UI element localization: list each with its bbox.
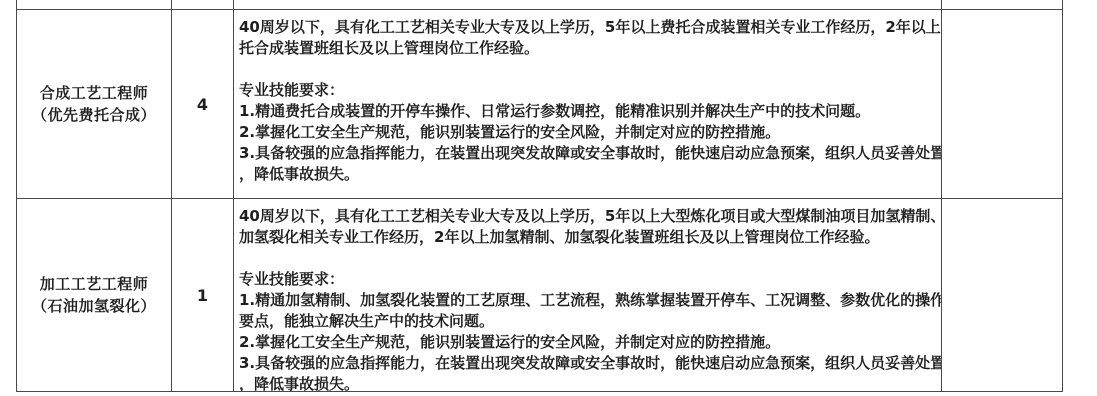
clipped-row-title-cell xyxy=(17,0,172,10)
position-title-line: 合成工艺工程师 xyxy=(40,82,149,104)
job-requirements-cell: 40周岁以下，具有化工工艺相关专业大专及以上学历，5年以上大型炼化项目或大型煤制… xyxy=(234,199,942,392)
position-title-cell: 合成工艺工程师（优先费托合成） xyxy=(17,10,172,199)
position-title-cell: 加工工艺工程师（石油加氢裂化） xyxy=(17,199,172,392)
position-title-line: （优先费托合成） xyxy=(32,104,156,126)
headcount-value: 1 xyxy=(197,286,208,305)
position-title-line: （石油加氢裂化） xyxy=(32,295,156,317)
clipped-row-extra-cell xyxy=(942,0,1063,10)
description-line: 加氢裂化相关专业工作经历，2年以上加氢精制、加氢裂化装置班组长及以上管理岗位工作… xyxy=(239,227,937,248)
description-line: 1.精通加氢精制、加氢裂化装置的工艺原理、工艺流程，熟练掌握装置开停车、工况调整… xyxy=(239,290,937,311)
headcount-value: 4 xyxy=(197,95,208,114)
clipped-row-count-cell xyxy=(172,0,234,10)
description-line: 40周岁以下，具有化工工艺相关专业大专及以上学历，5年以上大型炼化项目或大型煤制… xyxy=(239,206,937,227)
description-line: 2.掌握化工安全生产规范，能识别装置运行的安全风险，并制定对应的防控措施。 xyxy=(239,332,937,353)
description-line: ，降低事故损失。 xyxy=(239,164,937,185)
description-line: 3.具备较强的应急指挥能力，在装置出现突发故障或安全事故时，能快速启动应急预案，… xyxy=(239,143,937,164)
empty-cell xyxy=(942,10,1063,199)
headcount-cell: 1 xyxy=(172,199,234,392)
headcount-cell: 4 xyxy=(172,10,234,199)
description-line: 40周岁以下，具有化工工艺相关专业大专及以上学历，5年以上费托合成装置相关专业工… xyxy=(239,17,937,38)
job-positions-table: 合成工艺工程师（优先费托合成） 4 40周岁以下，具有化工工艺相关专业大专及以上… xyxy=(16,0,1062,392)
description-line xyxy=(239,59,937,80)
description-line xyxy=(239,248,937,269)
empty-cell xyxy=(942,199,1063,392)
description-line: 要点，能独立解决生产中的技术问题。 xyxy=(239,311,937,332)
description-line: 托合成装置班组长及以上管理岗位工作经验。 xyxy=(239,38,937,59)
clipped-row-desc-cell xyxy=(234,0,942,10)
description-line: 专业技能要求： xyxy=(239,269,937,290)
job-requirements-cell: 40周岁以下，具有化工工艺相关专业大专及以上学历，5年以上费托合成装置相关专业工… xyxy=(234,10,942,199)
description-line: 专业技能要求： xyxy=(239,80,937,101)
description-line: ，降低事故损失。 xyxy=(239,374,937,392)
recruitment-table-page: 合成工艺工程师（优先费托合成） 4 40周岁以下，具有化工工艺相关专业大专及以上… xyxy=(0,0,1097,396)
description-line: 3.具备较强的应急指挥能力，在装置出现突发故障或安全事故时，能快速启动应急预案，… xyxy=(239,353,937,374)
description-line: 1.精通费托合成装置的开停车操作、日常运行参数调控，能精准识别并解决生产中的技术… xyxy=(239,101,937,122)
position-title-line: 加工工艺工程师 xyxy=(40,273,149,295)
description-line: 2.掌握化工安全生产规范，能识别装置运行的安全风险，并制定对应的防控措施。 xyxy=(239,122,937,143)
